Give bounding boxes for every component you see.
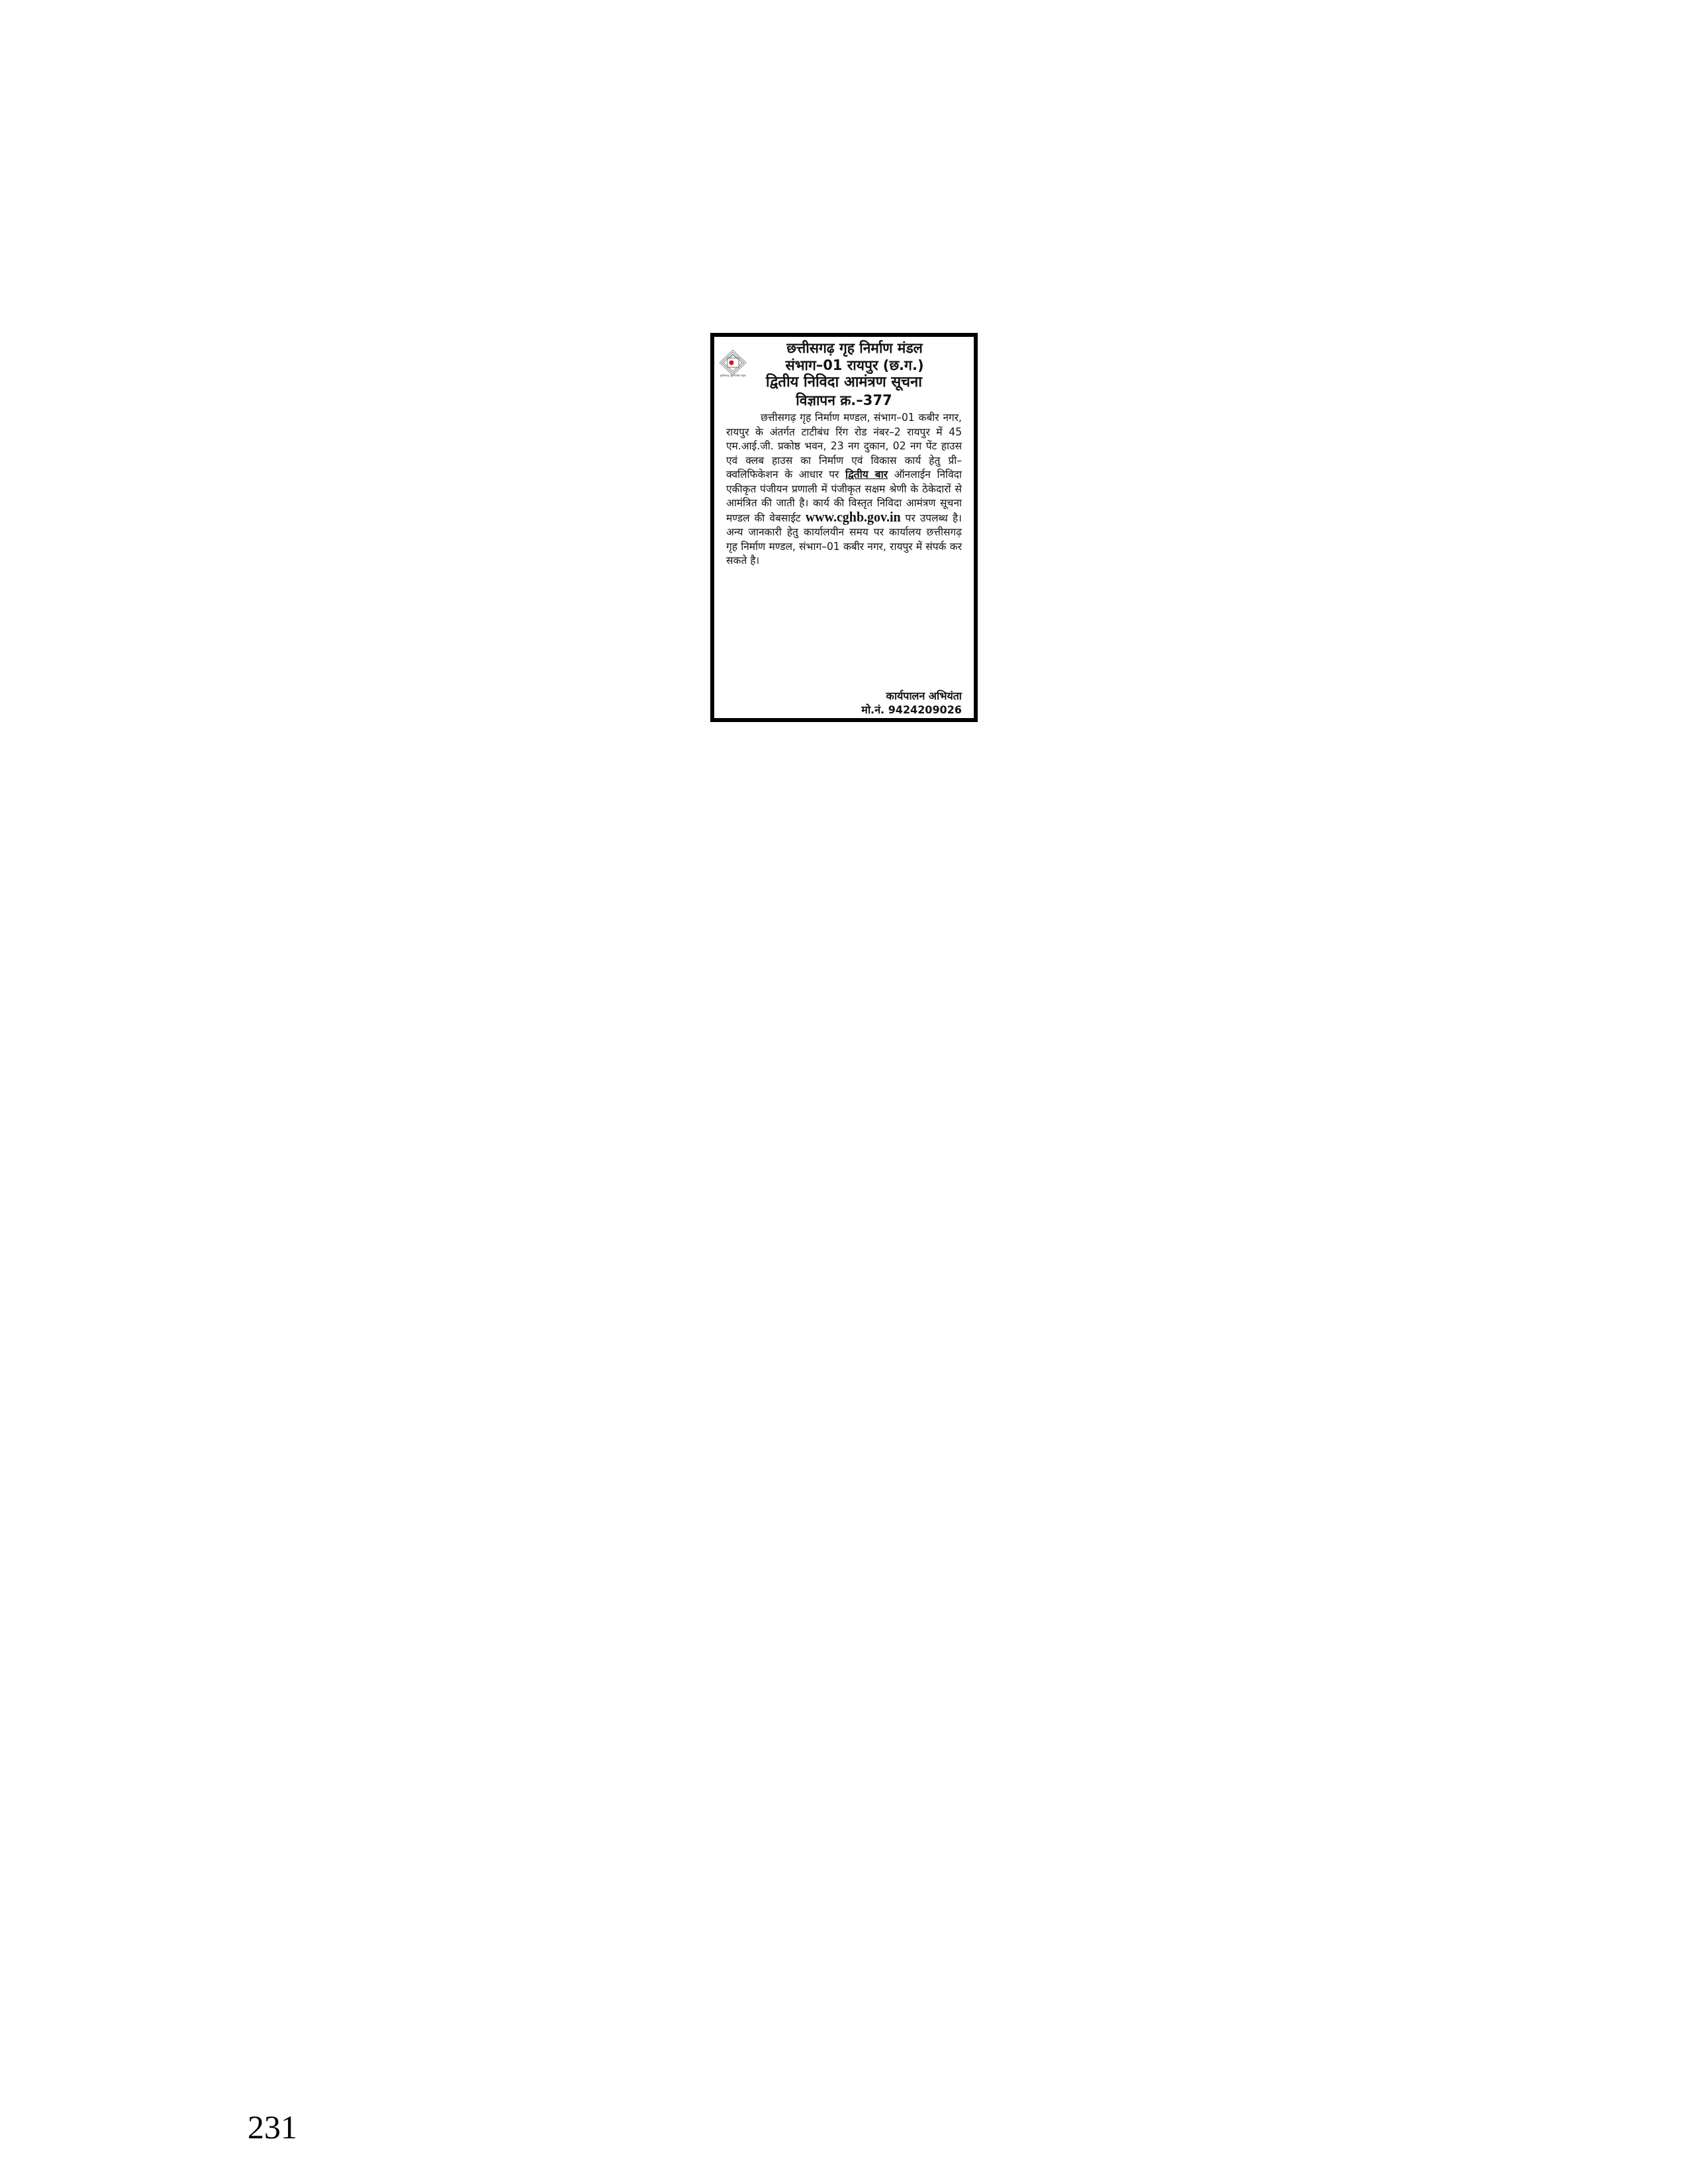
notice-title: द्वितीय निविदा आमंत्रण सूचना	[720, 374, 968, 391]
page-number: 231	[248, 2109, 297, 2146]
division-name: संभाग–01 रायपुर (छ.ग.)	[741, 357, 968, 374]
website-link[interactable]: www.cghb.gov.in	[806, 510, 901, 525]
signature-block: कार्यपालन अभियंता मो.नं. 9424209026	[861, 689, 962, 717]
notice-body: छत्तीसगढ़ गृह निर्माण मण्डल, संभाग–01 कब…	[726, 411, 962, 569]
advertisement-number: विज्ञापन क्र.–377	[720, 392, 968, 409]
contact-mobile: मो.नं. 9424209026	[861, 703, 962, 717]
signatory-designation: कार्यपालन अभियंता	[861, 689, 962, 703]
organization-name: छत्तीसगढ़ गृह निर्माण मंडल	[741, 340, 968, 357]
second-time-emphasis: द्वितीय बार	[845, 469, 888, 480]
tender-notice-box: छत्तीसगढ़ गृह निर्माण मंडल छत्तीसगढ़ गृह…	[710, 333, 978, 722]
